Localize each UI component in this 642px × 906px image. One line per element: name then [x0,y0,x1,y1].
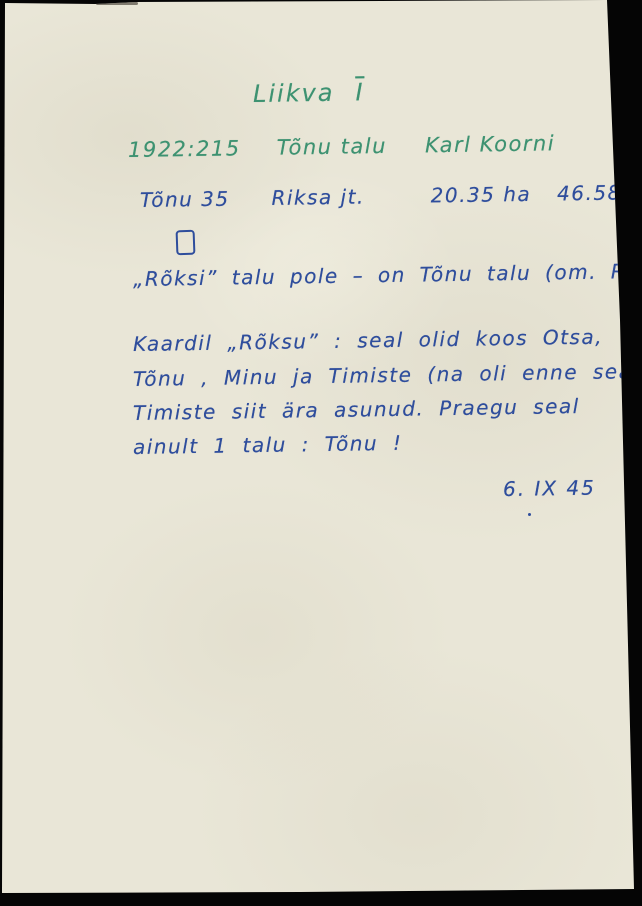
top-edge-smudge [96,2,138,5]
paragraph-line: Kaardil „Rõksu” : seal olid koos Otsa, [133,325,603,356]
area-value: 20.35 ha [430,182,531,208]
note-line: „Rõksi” talu pole – on Tõnu talu (om. Ri… [133,258,642,291]
owner-name-green: Karl Koorni [425,131,555,157]
paragraph-line: Timiste siit ära asunud. Praegu seal [133,394,580,425]
paper: LiikvaI 1922:215 Tõnu talu Karl Koorni T… [0,0,642,906]
title-roman-numeral: I [352,78,368,106]
date-line: 6. IX 45 [503,476,596,501]
scanned-card: LiikvaI 1922:215 Tõnu talu Karl Koorni T… [0,0,642,906]
reference-number: 1922:215 [128,136,241,162]
title-line: LiikvaI [253,78,368,108]
paragraph-line: ainult 1 talu : Tõnu ! [133,431,403,459]
farm-name-blue: Tõnu 35 [140,187,230,212]
points-value: 46.58 p. [557,180,642,205]
owner-name-blue: Riksa jt. [271,184,365,209]
date-dot-mark [528,513,531,516]
farm-detail-line: Tõnu 35 Riksa jt. 20.35 ha 46.58 p. [140,180,642,212]
drawn-square-symbol [176,230,196,256]
reference-line: 1922:215 Tõnu talu Karl Koorni [128,131,555,162]
paragraph-line: Tõnu , Minu ja Timiste (na oli enne seal… [133,359,642,391]
title-text: Liikva [253,79,335,108]
farm-name-green: Tõnu talu [277,134,387,160]
